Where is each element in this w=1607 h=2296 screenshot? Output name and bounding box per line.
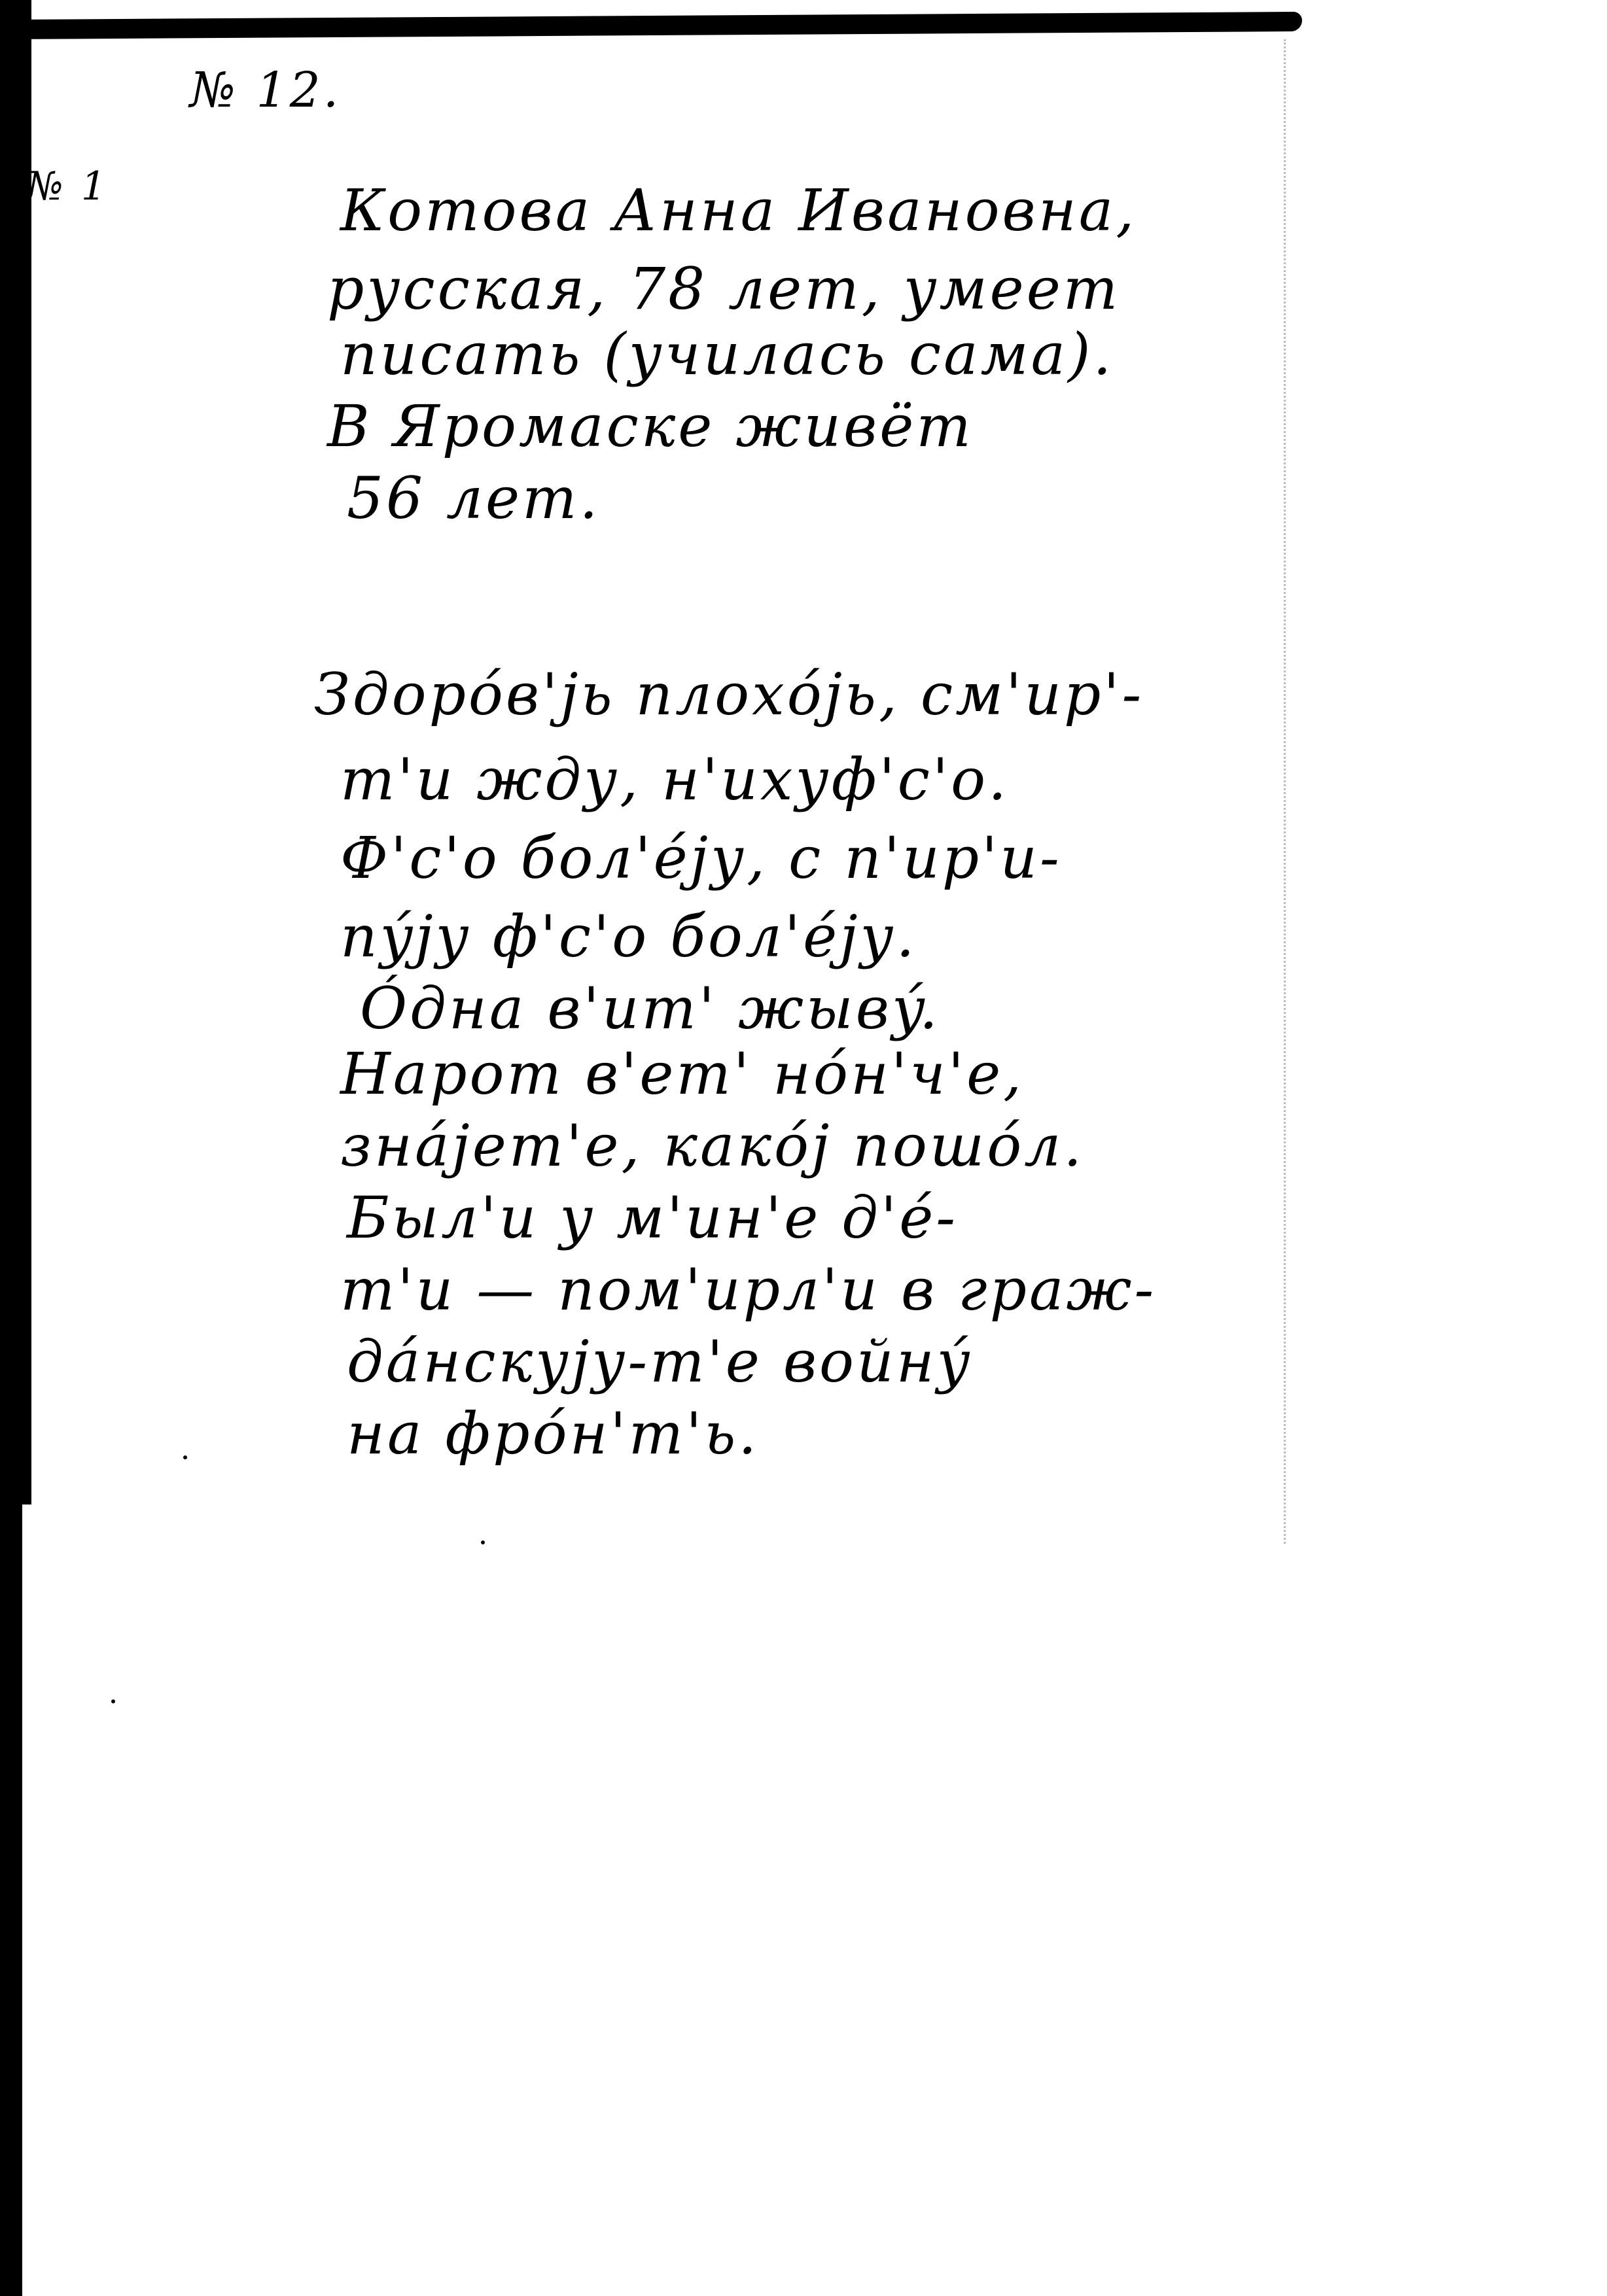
transcript-line: Ф'с'о бол'éjу, с п'ир'и-: [340, 824, 1062, 892]
transcript-line: знájет'е, какój пошóл.: [340, 1112, 1084, 1179]
scan-edge-corner: [7, 26, 29, 78]
informant-info-line: писать (училась сама).: [340, 321, 1114, 388]
transcript-line: на фрóн'т'ь.: [347, 1400, 759, 1467]
informant-name-line: Котова Анна Ивановна,: [340, 177, 1137, 244]
page-fold-line: [1284, 39, 1286, 1544]
scan-edge-left: [0, 0, 31, 1505]
entry-number: № 1: [26, 164, 109, 209]
scanned-page: № 12. № 1 Котова Анна Ивановна, русская,…: [0, 0, 1607, 2296]
transcript-line: Нарот в'ет' нóн'ч'е,: [340, 1040, 1024, 1107]
transcript-line: Óдна в'ит' жывý.: [360, 975, 940, 1042]
transcript-line: дáнскуjу-т'е войнý: [347, 1328, 972, 1395]
scan-speck: [481, 1540, 485, 1544]
transcript-line: Был'и у м'ин'е д'é-: [347, 1184, 958, 1251]
transcript-line: т'и — пом'ирл'и в граж-: [340, 1256, 1156, 1323]
document-number: № 12.: [190, 62, 341, 118]
informant-info-line: 56 лет.: [347, 464, 600, 532]
scan-edge-left-lower: [0, 1498, 22, 2296]
scan-speck: [111, 1699, 115, 1703]
transcript-line: т'и жду, н'ихуф'с'о.: [340, 746, 1009, 813]
informant-info-line: В Яромаске живёт: [327, 392, 974, 460]
informant-info-line: русская, 78 лет, умеет: [327, 255, 1120, 322]
scan-speck: [183, 1455, 187, 1459]
transcript-line: Здорóв'jь плохójь, см'ир'-: [314, 661, 1144, 728]
transcript-line: пýjу ф'с'о бол'éjу.: [340, 903, 917, 970]
scan-edge-top: [7, 12, 1302, 39]
